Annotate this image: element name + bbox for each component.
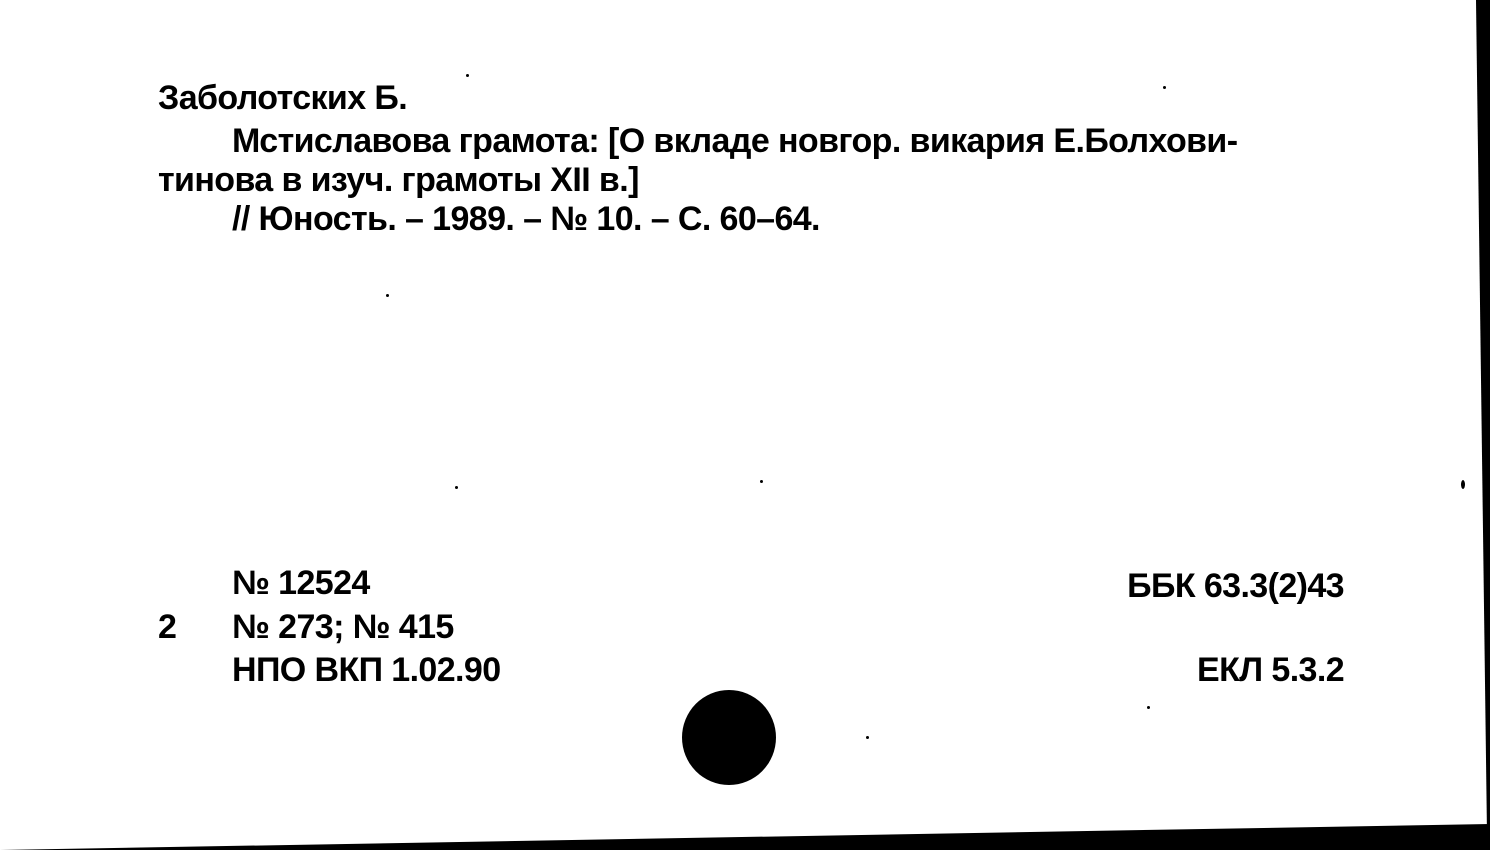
source-citation: // Юность. – 1989. – № 10. – С. 60–64. [232,199,820,239]
ekl-classification: ЕКЛ 5.3.2 [1197,650,1344,690]
scan-edge-bottom [0,824,1490,850]
scan-speck [386,294,389,297]
scan-speck [455,486,458,489]
scan-speck [1163,86,1166,89]
scan-speck [1147,706,1150,709]
copies-count: 2 [158,607,176,647]
title-line-2: тинова в изуч. грамоты XII в.] [158,160,639,200]
catalog-card: Заболотских Б. Мстиславова грамота: [О в… [0,0,1490,850]
scan-speck [1461,480,1465,489]
punch-hole [682,690,776,785]
scan-speck [760,480,763,483]
scan-edge-right [1476,0,1490,850]
author-heading: Заболотских Б. [158,78,407,118]
scan-speck [466,74,469,77]
scan-speck [866,736,869,739]
title-line-1: Мстиславова грамота: [О вкладе новгор. в… [232,121,1237,161]
inventory-number-3: НПО ВКП 1.02.90 [232,650,501,690]
inventory-number-1: № 12524 [232,563,370,603]
bbk-classification: ББК 63.3(2)43 [1127,566,1344,606]
inventory-number-2: № 273; № 415 [232,607,454,647]
